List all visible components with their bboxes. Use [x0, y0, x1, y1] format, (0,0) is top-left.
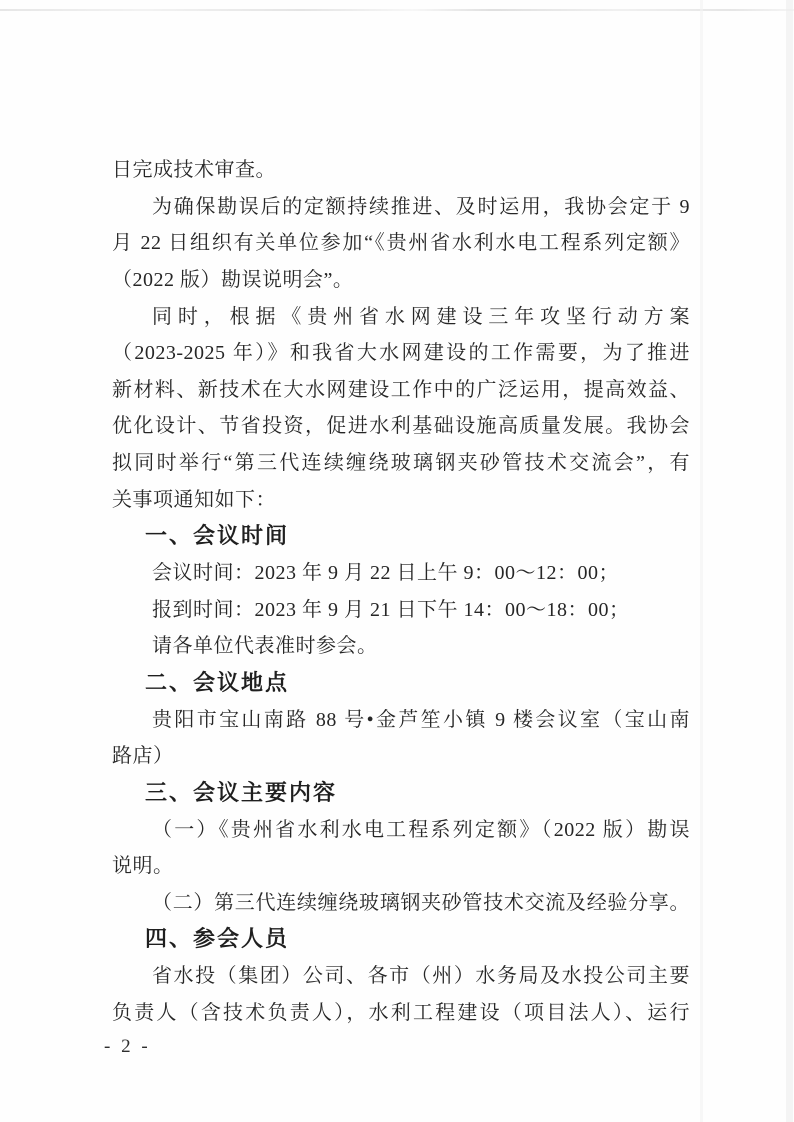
- text-line: 请各单位代表准时参会。: [112, 628, 690, 665]
- document-body: 日完成技术审查。为确保勘误后的定额持续推进、及时运用，我协会定于 9月 22 日…: [112, 152, 690, 1031]
- text-line: （2023-2025 年）》和我省大水网建设的工作需要，为了推进: [112, 335, 690, 372]
- text-line: 为确保勘误后的定额持续推进、及时运用，我协会定于 9: [112, 189, 690, 226]
- page-number: - 2 -: [104, 1036, 151, 1058]
- text-line: 贵阳市宝山南路 88 号•金芦笙小镇 9 楼会议室（宝山南: [112, 702, 690, 739]
- text-line: （二）第三代连续缠绕玻璃钢夹砂管技术交流及经验分享。: [112, 885, 690, 922]
- scan-artifact-streak: [700, 0, 703, 1122]
- text-line: 同时，根据《贵州省水网建设三年攻坚行动方案: [112, 299, 690, 336]
- section-heading: 四、参会人员: [112, 921, 690, 958]
- scanned-document-page: 日完成技术审查。为确保勘误后的定额持续推进、及时运用，我协会定于 9月 22 日…: [0, 0, 794, 1122]
- text-line: 路店）: [112, 738, 690, 775]
- scan-artifact-edge: [786, 0, 793, 1122]
- text-line: 报到时间：2023 年 9 月 21 日下午 14：00～18：00；: [112, 592, 690, 629]
- section-heading: 一、会议时间: [112, 518, 690, 555]
- text-line: 关事项通知如下：: [112, 482, 690, 519]
- text-line: 优化设计、节省投资，促进水利基础设施高质量发展。我协会: [112, 408, 690, 445]
- text-line: 负责人（含技术负责人），水利工程建设（项目法人）、运行: [112, 995, 690, 1032]
- section-heading: 三、会议主要内容: [112, 775, 690, 812]
- text-line: 新材料、新技术在大水网建设工作中的广泛运用，提高效益、: [112, 372, 690, 409]
- text-line: 拟同时举行“第三代连续缠绕玻璃钢夹砂管技术交流会”，有: [112, 445, 690, 482]
- text-line: （2022 版）勘误说明会”。: [112, 262, 690, 299]
- text-line: （一）《贵州省水利水电工程系列定额》（2022 版）勘误: [112, 812, 690, 849]
- text-line: 省水投（集团）公司、各市（州）水务局及水投公司主要: [112, 958, 690, 995]
- text-line: 月 22 日组织有关单位参加“《贵州省水利水电工程系列定额》: [112, 225, 690, 262]
- text-line: 说明。: [112, 848, 690, 885]
- scan-artifact-top-line: [0, 9, 794, 11]
- section-heading: 二、会议地点: [112, 665, 690, 702]
- text-line: 日完成技术审查。: [112, 152, 690, 189]
- text-line: 会议时间：2023 年 9 月 22 日上午 9：00～12：00；: [112, 555, 690, 592]
